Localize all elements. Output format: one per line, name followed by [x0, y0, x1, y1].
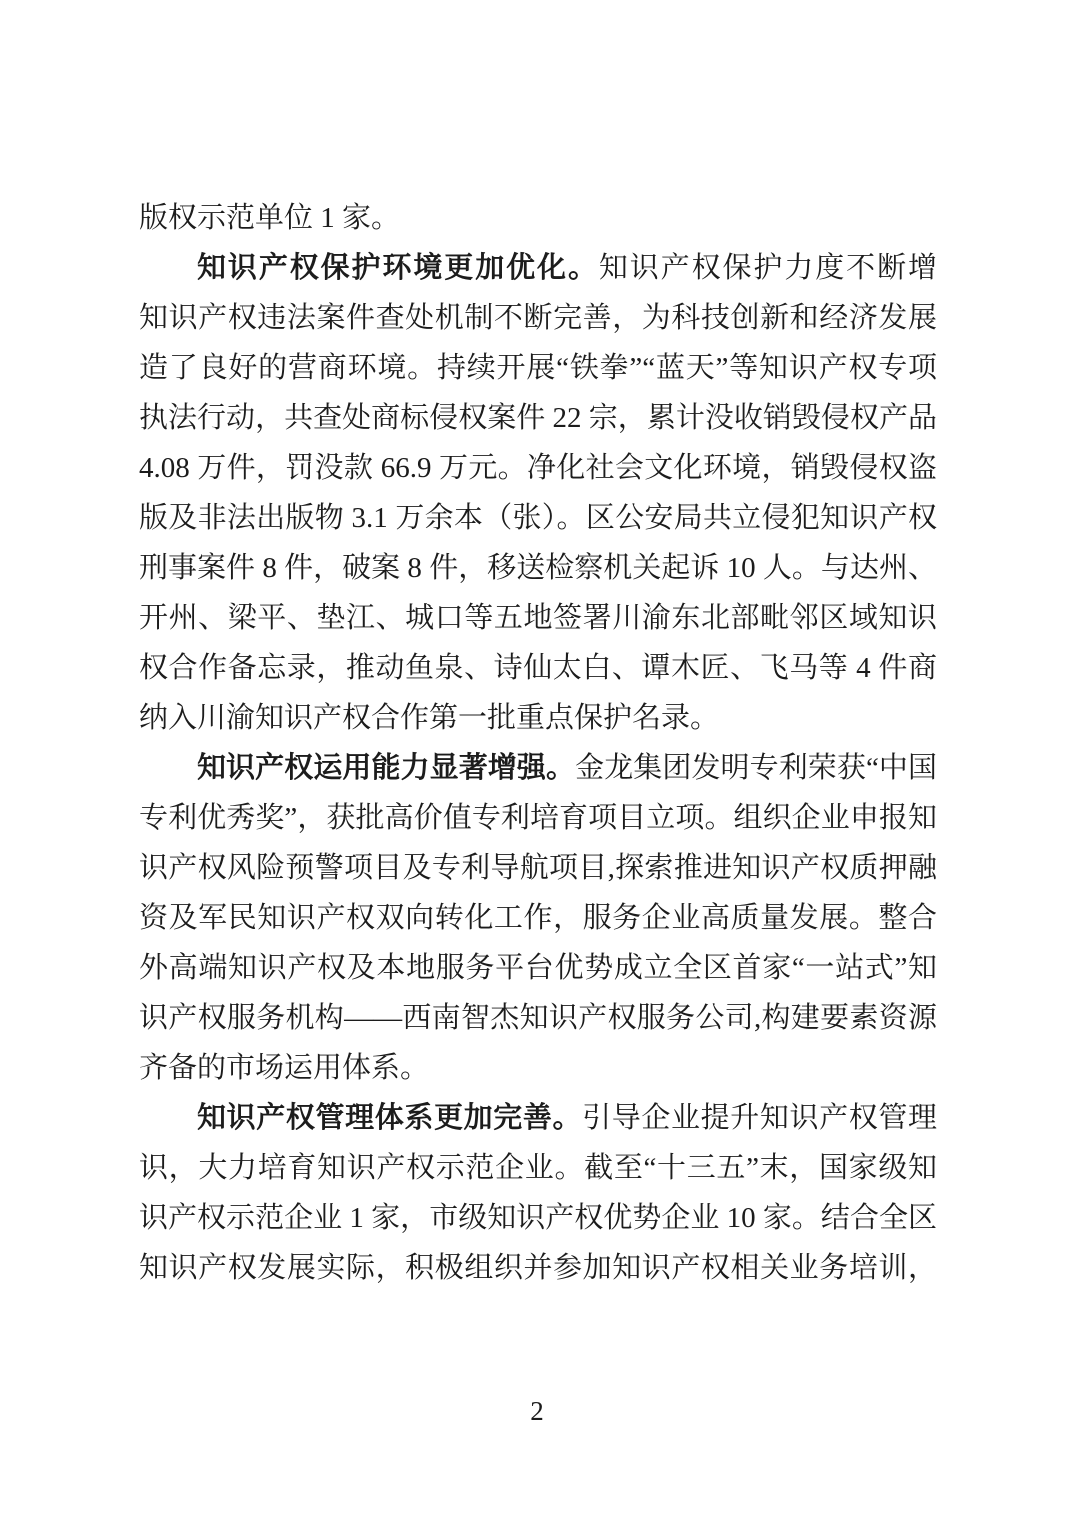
text-line: 造了良好的营商环境。持续开展“铁拳”“蓝天”等知识产权专项 [139, 343, 937, 393]
text-line: 执法行动，共查处商标侵权案件 22 宗，累计没收销毁侵权产品 [139, 393, 937, 443]
text-line: 识产权风险预警项目及专利导航项目,探索推进知识产权质押融 [139, 843, 937, 893]
text-line: 齐备的市场运用体系。 [139, 1043, 937, 1093]
line-text: 纳入川渝知识产权合作第一批重点保护名录。 [139, 702, 719, 734]
text-line: 外高端知识产权及本地服务平台优势成立全区首家“一站式”知 [139, 943, 937, 993]
text-line: 版权示范单位 1 家。 [139, 193, 937, 243]
text-line: 4.08 万件，罚没款 66.9 万元。净化社会文化环境，销毁侵权盗 [139, 443, 937, 493]
paragraph-lead: 知识产权保护环境更加优化。 [197, 252, 599, 284]
text-line: 纳入川渝知识产权合作第一批重点保护名录。 [139, 693, 937, 743]
text-line: 识产权服务机构——西南智杰知识产权服务公司,构建要素资源 [139, 993, 937, 1043]
line-text: 金龙集团发明专利荣获“中国 [575, 752, 937, 784]
line-text: 刑事案件 8 件，破案 8 件，移送检察机关起诉 10 人。与达州、 [139, 552, 937, 584]
page-number: 2 [0, 1394, 1074, 1428]
text-line: 版及非法出版物 3.1 万余本（张）。区公安局共立侵犯知识产权 [139, 493, 937, 543]
text-line: 知识产权违法案件查处机制不断完善，为科技创新和经济发展创 [139, 293, 937, 343]
line-text: 识，大力培育知识产权示范企业。截至“十三五”末，国家级知 [139, 1152, 937, 1184]
line-text: 资及军民知识产权双向转化工作，服务企业高质量发展。整合区 [139, 902, 937, 943]
line-text: 执法行动，共查处商标侵权案件 22 宗，累计没收销毁侵权产品 [139, 402, 937, 434]
line-text: 版权示范单位 1 家。 [139, 202, 400, 234]
text-line: 资及军民知识产权双向转化工作，服务企业高质量发展。整合区 [139, 893, 937, 943]
text-line: 识，大力培育知识产权示范企业。截至“十三五”末，国家级知 [139, 1143, 937, 1193]
text-line: 权合作备忘录，推动鱼泉、诗仙太白、谭木匠、飞马等 4 件商标 [139, 643, 937, 693]
line-text: 识产权风险预警项目及专利导航项目,探索推进知识产权质押融 [139, 852, 937, 884]
line-text: 造了良好的营商环境。持续开展“铁拳”“蓝天”等知识产权专项 [139, 352, 937, 384]
text-line: 知识产权发展实际，积极组织并参加知识产权相关业务培训，为 [139, 1243, 937, 1293]
text-line: 识产权示范企业 1 家，市级知识产权优势企业 10 家。结合全区 [139, 1193, 937, 1243]
text-line: 开州、梁平、垫江、城口等五地签署川渝东北部毗邻区域知识产 [139, 593, 937, 643]
line-text: 外高端知识产权及本地服务平台优势成立全区首家“一站式”知 [139, 952, 937, 984]
document-page: 版权示范单位 1 家。知识产权保护环境更加优化。知识产权保护力度不断增强，知识产… [0, 0, 1074, 1520]
text-line: 知识产权运用能力显著增强。金龙集团发明专利荣获“中国 [139, 743, 937, 793]
text-line: 刑事案件 8 件，破案 8 件，移送检察机关起诉 10 人。与达州、 [139, 543, 937, 593]
paragraph-lead: 知识产权运用能力显著增强。 [197, 752, 575, 784]
line-text: 专利优秀奖”，获批高价值专利培育项目立项。组织企业申报知 [139, 802, 937, 834]
document-text: 版权示范单位 1 家。知识产权保护环境更加优化。知识产权保护力度不断增强，知识产… [139, 193, 937, 1293]
text-line: 专利优秀奖”，获批高价值专利培育项目立项。组织企业申报知 [139, 793, 937, 843]
line-text: 知识产权发展实际，积极组织并参加知识产权相关业务培训，为 [139, 1252, 937, 1293]
line-text: 齐备的市场运用体系。 [139, 1052, 429, 1084]
line-text: 开州、梁平、垫江、城口等五地签署川渝东北部毗邻区域知识产 [139, 602, 937, 643]
line-text: 识产权示范企业 1 家，市级知识产权优势企业 10 家。结合全区 [139, 1202, 937, 1234]
paragraph-lead: 知识产权管理体系更加完善。 [197, 1102, 582, 1134]
line-text: 4.08 万件，罚没款 66.9 万元。净化社会文化环境，销毁侵权盗 [139, 452, 937, 484]
line-text: 权合作备忘录，推动鱼泉、诗仙太白、谭木匠、飞马等 4 件商标 [139, 652, 937, 693]
text-line: 知识产权管理体系更加完善。引导企业提升知识产权管理意 [139, 1093, 937, 1143]
line-text: 识产权服务机构——西南智杰知识产权服务公司,构建要素资源 [139, 1002, 937, 1034]
line-text: 版及非法出版物 3.1 万余本（张）。区公安局共立侵犯知识产权 [139, 502, 937, 534]
line-text: 知识产权违法案件查处机制不断完善，为科技创新和经济发展创 [139, 302, 937, 343]
text-line: 知识产权保护环境更加优化。知识产权保护力度不断增强， [139, 243, 937, 293]
